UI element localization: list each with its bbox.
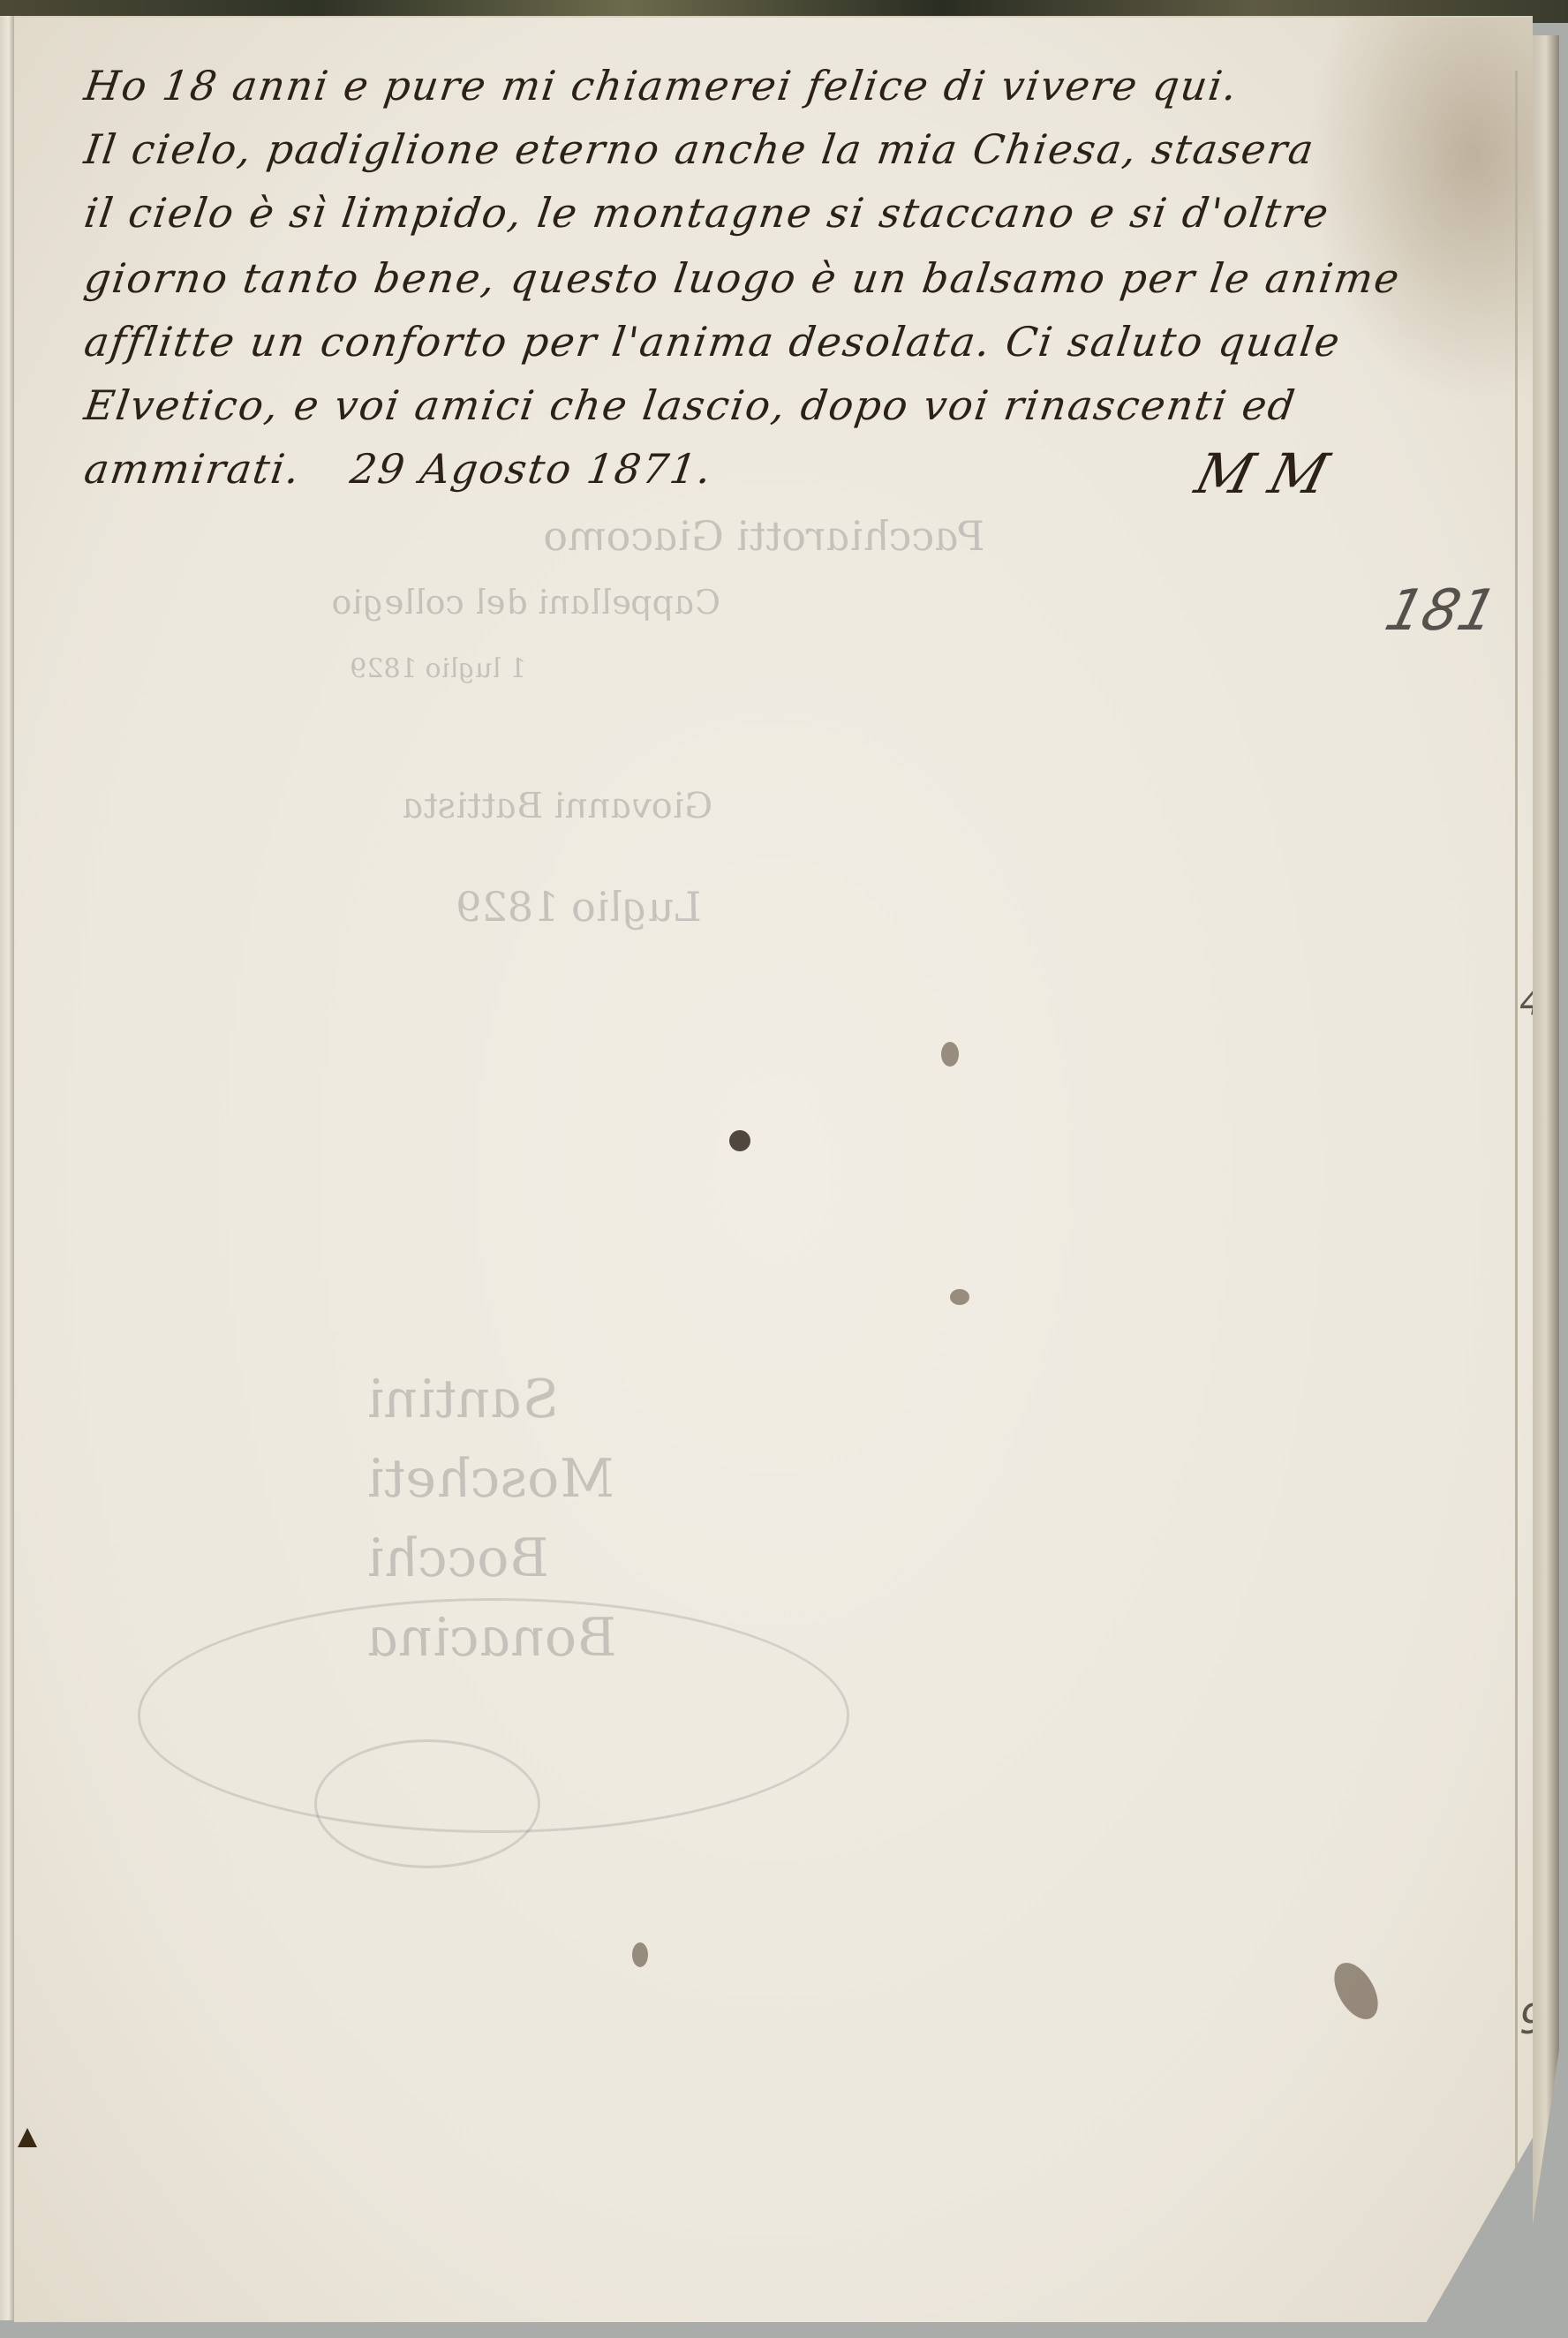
bleed-through-line: 1 luglio 1829: [347, 653, 529, 684]
manuscript-page: Pacchiarotti Giacomo Cappellani del coll…: [14, 16, 1533, 2322]
entry-line: afflitte un conforto per l'anima desolat…: [81, 318, 1344, 366]
entry-closing: ammirati. 29 Agosto 1871.: [81, 445, 715, 493]
ink-blot: [729, 1130, 750, 1151]
entry-last-word: ammirati.: [81, 445, 304, 493]
signature: M M: [1189, 441, 1335, 506]
entry-line: Il cielo, padiglione eterno anche la mia…: [81, 125, 1318, 173]
ink-blot: [941, 1042, 959, 1067]
bleed-through-oval-small: [314, 1739, 540, 1868]
ink-blot: [1325, 1956, 1387, 2027]
bleed-through-line: Moscheti: [362, 1448, 620, 1510]
entry-line: il cielo è sì limpido, le montagne si st…: [81, 189, 1332, 237]
entry-date: 29 Agosto 1871.: [347, 445, 715, 493]
page-stack-right-edge: [1533, 35, 1559, 2225]
entry-line: Elvetico, e voi amici che lascio, dopo v…: [81, 381, 1299, 429]
bleed-through-line: Bocchi: [362, 1527, 554, 1589]
folio-number: 181: [1379, 578, 1504, 644]
margin-rule: [1515, 71, 1518, 2269]
entry-line: Ho 18 anni e pure mi chiamerei felice di…: [81, 62, 1241, 109]
bleed-through-line: Pacchiarotti Giacomo: [539, 512, 989, 560]
bleed-through-line: Giovanni Battista: [399, 786, 716, 826]
bleed-through-line: Santini: [362, 1369, 564, 1430]
page-stack-left-edge: [0, 16, 14, 2320]
bleed-through-line: Cappellani del collegio: [328, 583, 724, 622]
ink-blot: [950, 1289, 969, 1305]
ink-blot: [632, 1942, 648, 1967]
bleed-through-line: Luglio 1829: [451, 883, 705, 931]
entry-line: giorno tanto bene, questo luogo è un bal…: [81, 254, 1404, 302]
